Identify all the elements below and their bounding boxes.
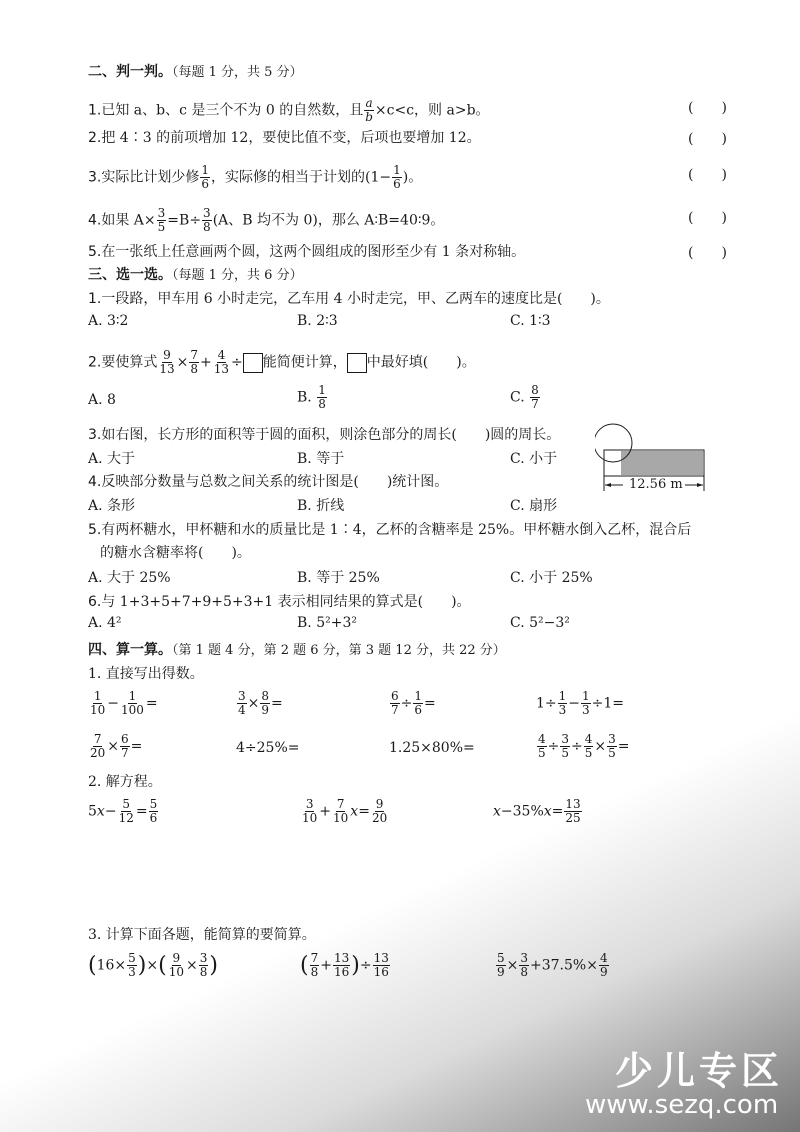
s3-q6-option-a[interactable]: A. 4² [88, 615, 122, 631]
calc-1-8: 45÷35÷45×35= [536, 733, 630, 760]
simplify-2: (78+1316)÷1316 [300, 952, 391, 979]
s2-q1: 1.已知 a、b、c 是三个不为 0 的自然数，且ab×c<c，则 a>b。 [88, 97, 490, 124]
s3-q6: 6.与 1+3+5+7+9+5+3+1 表示相同结果的算式是( )。 [88, 592, 471, 612]
watermark-url: www.sezq.com [585, 1090, 778, 1120]
calc-1-1: 110−1100= [88, 690, 158, 717]
s3-q1-option-c[interactable]: C. 1∶3 [510, 313, 551, 329]
s3-q4-option-c[interactable]: C. 扇形 [510, 495, 557, 515]
s3-q4-option-a[interactable]: A. 条形 [88, 495, 135, 515]
s3-q1: 1.一段路，甲车用 6 小时走完，乙车用 4 小时走完，甲、乙两车的速度比是( … [88, 289, 610, 309]
s3-q4-option-b[interactable]: B. 折线 [297, 495, 344, 515]
s3-q5-option-b[interactable]: B. 等于 25% [297, 567, 380, 587]
s4-q2-label: 2. 解方程。 [88, 772, 162, 792]
calc-1-4: 1÷13−13÷1= [536, 690, 624, 717]
s3-q1-option-a[interactable]: A. 3∶2 [88, 313, 128, 329]
equation-2: 310+710x=920 [300, 798, 389, 825]
s2-q2-answer[interactable]: ( ) [688, 128, 727, 148]
section-2-heading: 二、判一判。（每题 1 分，共 5 分） [88, 62, 303, 83]
s2-q1-answer[interactable]: ( ) [688, 97, 727, 117]
s3-q6-option-b[interactable]: B. 5²+3² [297, 615, 357, 631]
calc-1-7: 1.25×80%= [389, 740, 475, 756]
s2-q3-answer[interactable]: ( ) [688, 164, 727, 184]
s2-q3: 3.实际比计划少修16，实际修的相当于计划的(1−16)。 [88, 164, 422, 191]
s2-q5: 5.在一张纸上任意画两个圆，这两个圆组成的图形至少有 1 条对称轴。 [88, 242, 525, 262]
calc-1-5: 720×67= [88, 733, 142, 760]
s2-q5-answer[interactable]: ( ) [688, 242, 727, 262]
s3-q5-option-a[interactable]: A. 大于 25% [88, 567, 171, 587]
watermark-title: 少儿专区 [615, 1040, 783, 1095]
simplify-1: (16×53)×(910×38) [88, 952, 218, 979]
s3-q2-option-a[interactable]: A. 8 [88, 392, 116, 408]
s2-q2: 2.把 4∶3 的前项增加 12，要使比值不变，后项也要增加 12。 [88, 128, 481, 148]
simplify-3: 59×38+37.5%×49 [495, 952, 610, 979]
calc-1-3: 67÷16= [389, 690, 436, 717]
s2-q4: 4.如果 A×35=B÷38(A、B 均不为 0)，那么 A∶B=40∶9。 [88, 207, 444, 234]
s4-q3-label: 3. 计算下面各题，能简算的要简算。 [88, 925, 316, 945]
calc-1-6: 4÷25%= [236, 740, 300, 756]
equation-1: 5x−512=56 [88, 798, 159, 825]
s3-q5-cont: 的糖水含糖率将( )。 [100, 543, 251, 563]
section-3-heading: 三、选一选。（每题 1 分，共 6 分） [88, 265, 303, 286]
s3-q3-option-a[interactable]: A. 大于 [88, 448, 135, 468]
s4-q1-label: 1. 直接写出得数。 [88, 664, 204, 684]
s3-q2-option-c[interactable]: C. 87 [510, 384, 541, 411]
s3-q5: 5.有两杯糖水，甲杯糖和水的质量比是 1∶4，乙杯的含糖率是 25%。甲杯糖水倒… [88, 520, 691, 540]
s3-q2: 2.要使算式913×78+413÷能简便计算，中最好填( )。 [88, 349, 476, 376]
s3-q2-option-b[interactable]: B. 18 [297, 384, 328, 411]
s3-q6-option-c[interactable]: C. 5²−3² [510, 615, 570, 631]
s3-q3-option-c[interactable]: C. 小于 [510, 448, 557, 468]
circle-rectangle-figure: 12.56 m [595, 423, 710, 497]
s3-q3-option-b[interactable]: B. 等于 [297, 448, 344, 468]
calc-1-2: 34×89= [236, 690, 283, 717]
s2-q4-answer[interactable]: ( ) [688, 207, 727, 227]
s3-q3: 3.如右图，长方形的面积等于圆的面积，则涂色部分的周长( )圆的周长。 [88, 425, 560, 445]
blank-box [243, 353, 263, 373]
section-4-heading: 四、算一算。（第 1 题 4 分，第 2 题 6 分，第 3 题 12 分，共 … [88, 640, 506, 661]
s3-q1-option-b[interactable]: B. 2∶3 [297, 313, 338, 329]
equation-3: x−35%x=1325 [493, 798, 583, 825]
s3-q4: 4.反映部分数量与总数之间关系的统计图是( )统计图。 [88, 472, 448, 492]
s3-q5-option-c[interactable]: C. 小于 25% [510, 567, 593, 587]
blank-box [347, 353, 367, 373]
figure-label: 12.56 m [629, 477, 683, 492]
